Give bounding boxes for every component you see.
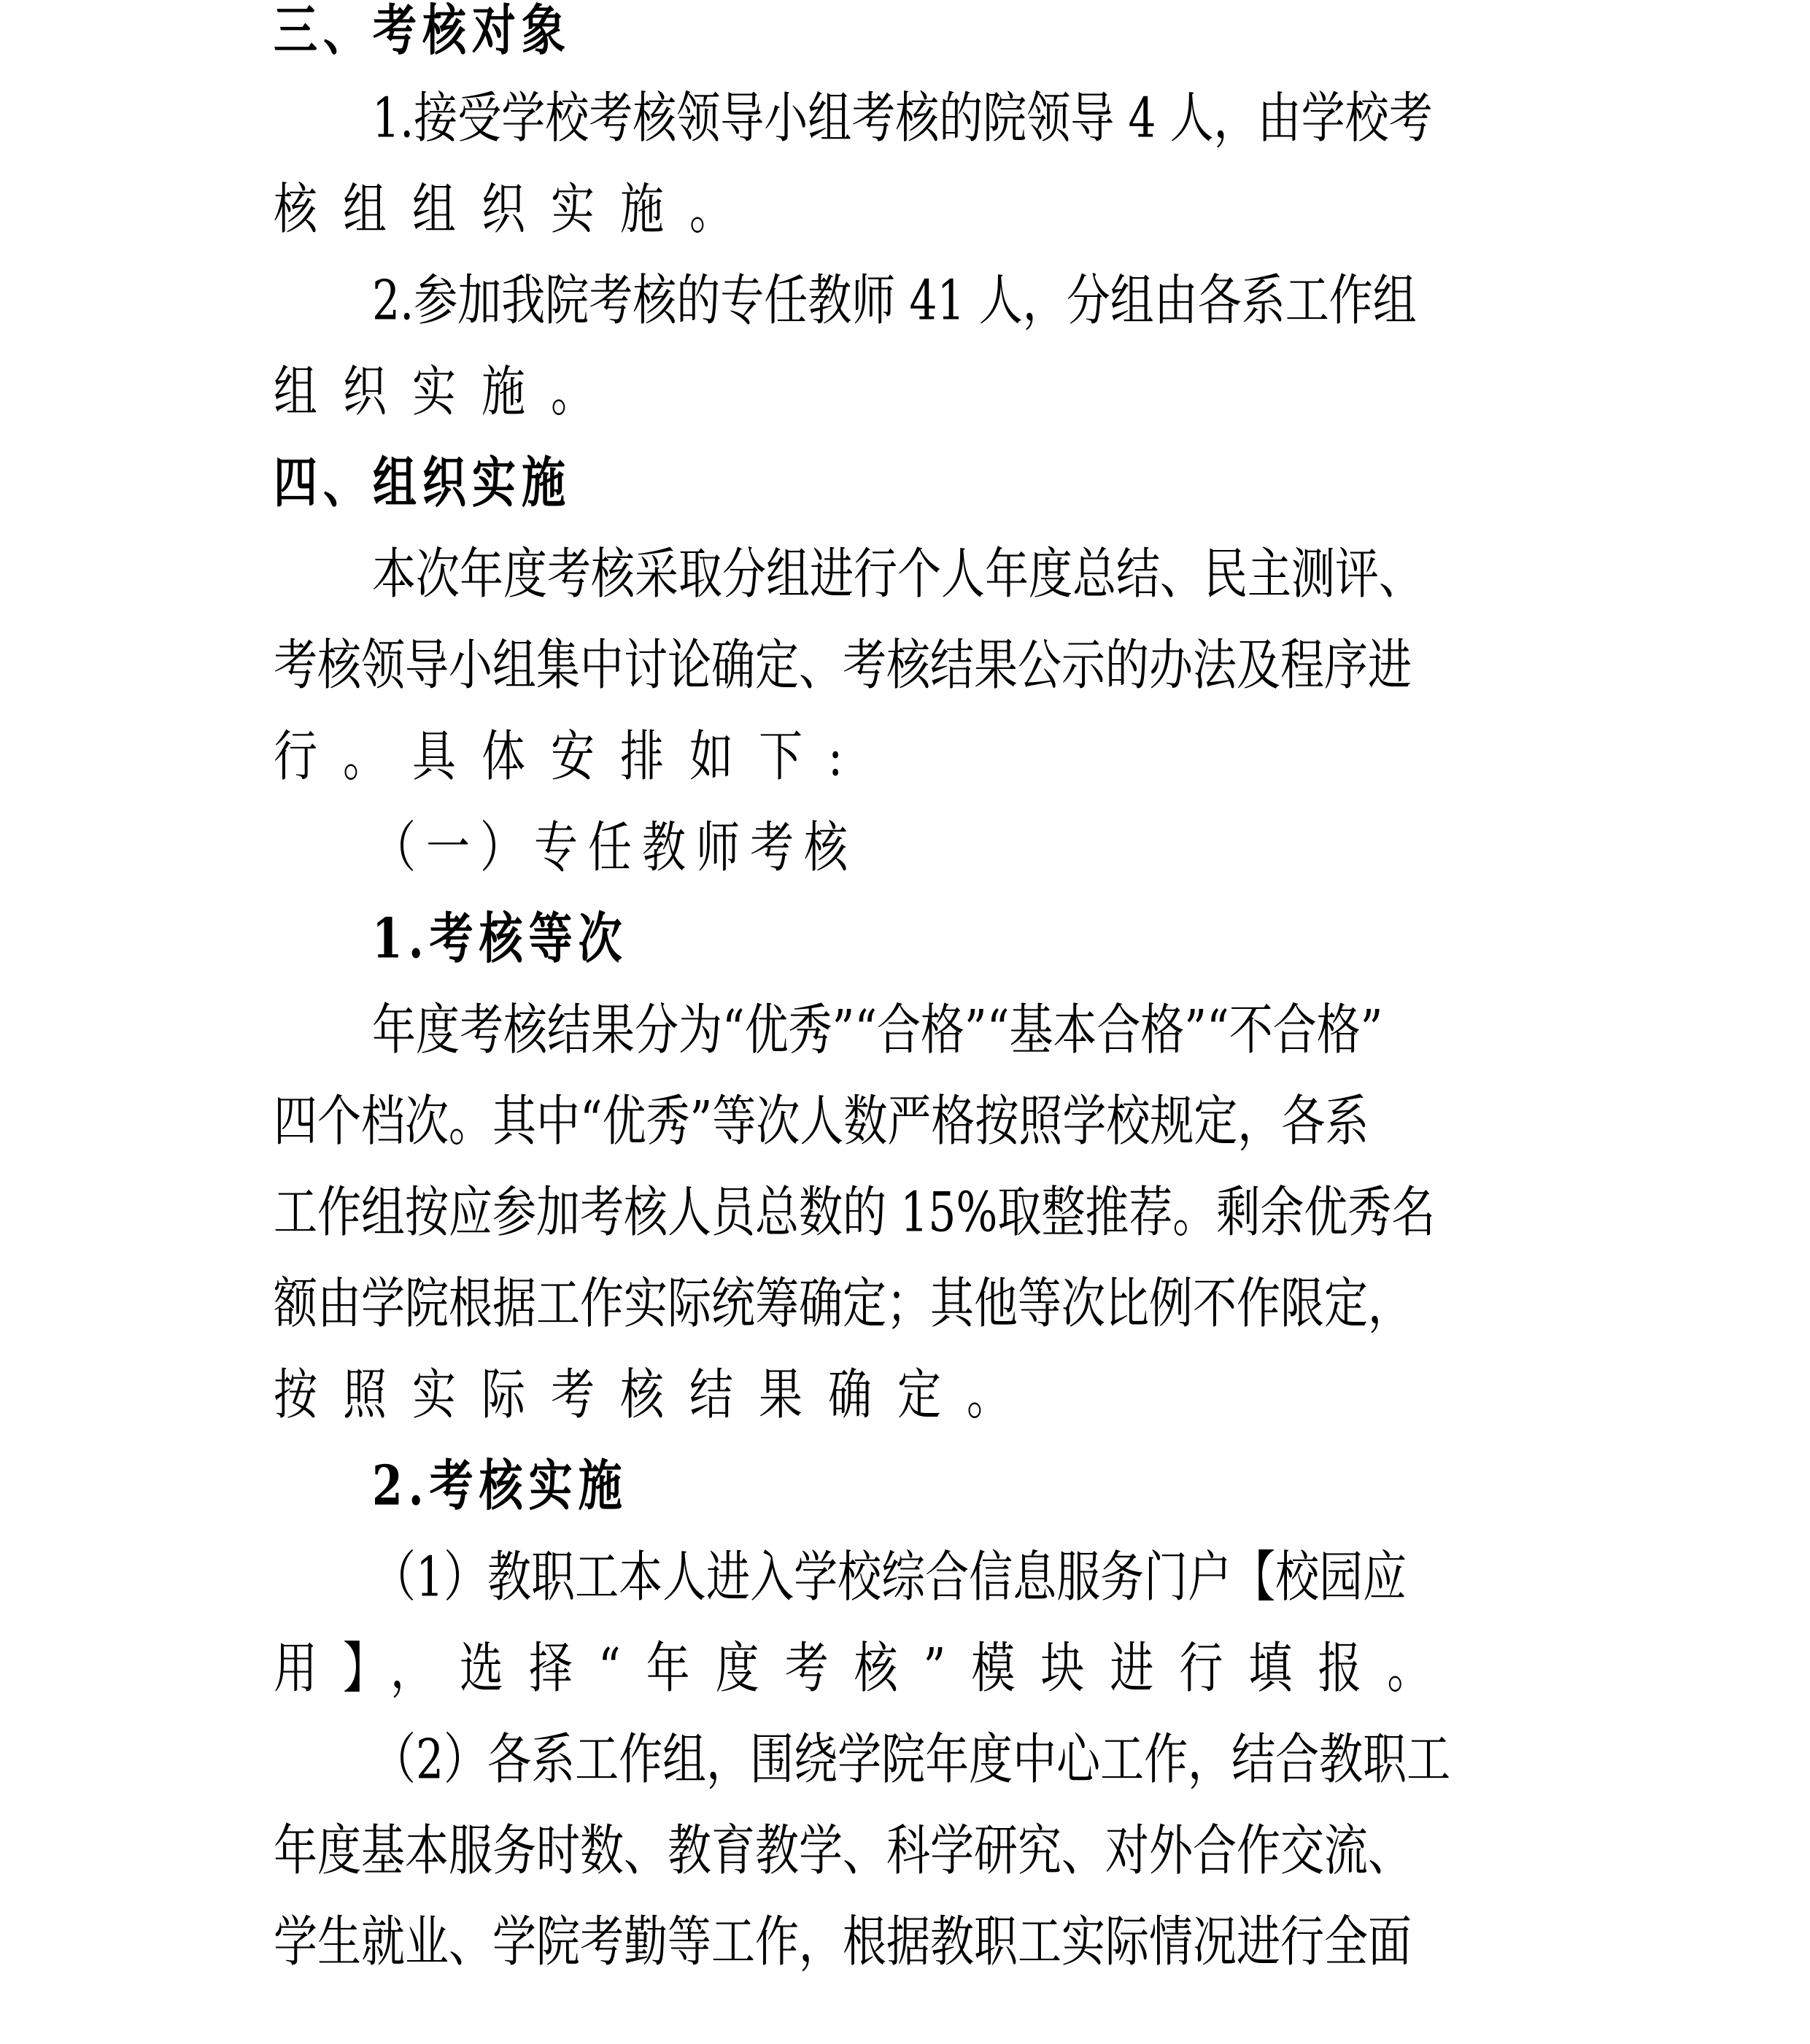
paragraph-line: 年度考核结果分为“优秀”“合格”“基本合格”“不合格”: [372, 992, 1528, 1072]
paragraph-line: 行。具体安排如下:: [274, 719, 1528, 799]
paragraph-text: 行。具体安排如下:: [274, 707, 868, 808]
heading-text: （一）专任教师考核: [372, 798, 858, 899]
paragraph-line: 额由学院根据工作实际统筹确定；其他等次比例不作限定，: [274, 1266, 1528, 1346]
subheading-assessment-grades: 1.考核等次: [372, 901, 1528, 981]
paragraph-text: 年度基本服务时数、教育教学、科学研究、对外合作交流、: [274, 1801, 1412, 1902]
paragraph-line: 按照实际考核结果确定。: [274, 1357, 1528, 1437]
paragraph-text: 1.接受学校考核领导小组考核的院领导 4 人，由学校考: [372, 69, 1433, 169]
subsection-heading-teacher-assessment: （一）专任教师考核: [372, 810, 1528, 890]
heading-text: 1.考核等次: [372, 889, 628, 990]
paragraph-text: 用】，选择“年度考核”模块进行填报。: [274, 1619, 1456, 1719]
paragraph-text: 核组组织实施。: [274, 160, 759, 260]
paragraph-text: 2.参加我院考核的专任教师 41 人，分组由各系工作组: [372, 251, 1417, 352]
paragraph-line: 2.参加我院考核的专任教师 41 人，分组由各系工作组: [372, 263, 1528, 343]
paragraph-line: 核组组织实施。: [274, 171, 1528, 252]
document-page: 三、考核对象 1.接受学校考核领导小组考核的院领导 4 人，由学校考 核组组织实…: [0, 0, 1810, 2044]
paragraph-line: 学生就业、学院考勤等工作，根据教职工实际情况进行全面: [274, 1904, 1528, 1984]
paragraph-line: 1.接受学校考核领导小组考核的院领导 4 人，由学校考: [372, 80, 1528, 160]
paragraph-text: 四个档次。其中“优秀”等次人数严格按照学校规定，各系: [274, 1072, 1369, 1172]
paragraph-line: （2）各系工作组，围绕学院年度中心工作，结合教职工: [372, 1722, 1528, 1802]
paragraph-line: 用】，选择“年度考核”模块进行填报。: [274, 1630, 1528, 1711]
paragraph-text: 组织实施。: [274, 342, 620, 443]
subheading-assessment-implementation: 2.考核实施: [372, 1448, 1528, 1528]
paragraph-text: 工作组按应参加考核人员总数的 15%取整推荐。剩余优秀名: [274, 1163, 1435, 1263]
section-heading-assessment-targets: 三、考核对象: [274, 0, 1528, 73]
heading-text: 2.考核实施: [372, 1436, 628, 1537]
paragraph-text: （1）教职工本人进入学校综合信息服务门户【校园应: [372, 1528, 1407, 1628]
paragraph-line: 本次年度考核采取分组进行个人年度总结、民主测评、: [372, 536, 1528, 616]
paragraph-text: 额由学院根据工作实际统筹确定；其他等次比例不作限定，: [274, 1254, 1412, 1355]
paragraph-line: 考核领导小组集中讨论确定、考核结果公示的办法及程序进: [274, 627, 1528, 708]
paragraph-line: 工作组按应参加考核人员总数的 15%取整推荐。剩余优秀名: [274, 1174, 1528, 1255]
paragraph-text: 按照实际考核结果确定。: [274, 1345, 1036, 1446]
paragraph-text: 年度考核结果分为“优秀”“合格”“基本合格”“不合格”: [372, 980, 1382, 1081]
section-heading-organization: 四、组织实施: [274, 445, 1528, 525]
heading-text: 四、组织实施: [274, 433, 571, 534]
paragraph-text: 本次年度考核采取分组进行个人年度总结、民主测评、: [372, 524, 1423, 625]
paragraph-text: 考核领导小组集中讨论确定、考核结果公示的办法及程序进: [274, 616, 1412, 716]
paragraph-line: 组织实施。: [274, 354, 1528, 434]
paragraph-line: 年度基本服务时数、教育教学、科学研究、对外合作交流、: [274, 1813, 1528, 1893]
paragraph-text: 学生就业、学院考勤等工作，根据教职工实际情况进行全面: [274, 1892, 1412, 1993]
paragraph-line: （1）教职工本人进入学校综合信息服务门户【校园应: [372, 1539, 1528, 1619]
paragraph-line: 四个档次。其中“优秀”等次人数严格按照学校规定，各系: [274, 1083, 1528, 1164]
paragraph-text: （2）各系工作组，围绕学院年度中心工作，结合教职工: [372, 1710, 1450, 1811]
